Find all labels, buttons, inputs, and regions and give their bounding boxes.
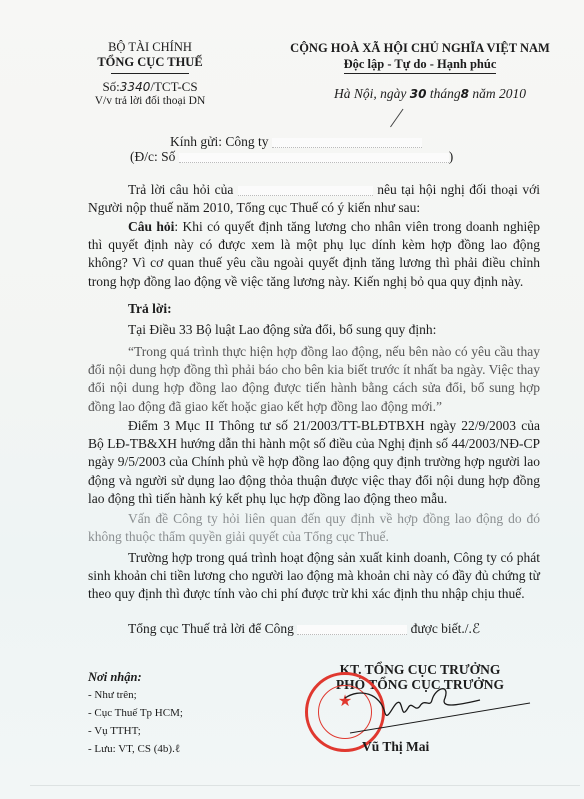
closing-paragraph: Tổng cục Thuế trả lời để Công được biết.…: [88, 620, 540, 638]
national-motto: Độc lập - Tự do - Hạnh phúc: [344, 56, 497, 74]
handwritten-number: 3340: [120, 80, 151, 94]
article-reference: Tại Điều 33 Bộ luật Lao động sửa đổi, bổ…: [88, 321, 540, 339]
handwritten-signature-icon: [340, 678, 540, 738]
jurisdiction-note: Vấn đề Công ty hỏi liên quan đến quy địn…: [88, 510, 540, 546]
document-subject: V/v trả lời đối thoại DN: [70, 95, 230, 108]
department-name: TỔNG CỤC THUẾ: [70, 55, 230, 70]
recipient-item: - Cục Thuế Tp HCM;: [88, 704, 183, 722]
ministry-name: BỘ TÀI CHÍNH: [70, 40, 230, 55]
redacted-company-closing: [297, 625, 407, 635]
date-month-label: tháng: [430, 86, 461, 101]
closing-after: được biết./.: [411, 621, 472, 636]
closing-initial: ℰ: [472, 621, 480, 636]
circular-reference: Điểm 3 Mục II Thông tư số 21/2003/TT-BLĐ…: [88, 417, 540, 508]
date-day: 30: [410, 87, 427, 101]
question-paragraph: Câu hỏi: Khi có quyết định tăng lương ch…: [88, 218, 540, 291]
salutation: Kính gửi: Công ty: [170, 134, 422, 150]
pen-mark-icon: [390, 109, 415, 136]
address-prefix: (Đ/c: Số: [130, 149, 175, 164]
issue-date: Hà Nội, ngày 30 tháng8 năm 2010: [300, 86, 560, 102]
signatory-name: Vũ Thị Mai: [362, 739, 429, 755]
scan-edge-line: [30, 785, 580, 786]
state-name: CỘNG HOÀ XÃ HỘI CHỦ NGHĨA VIỆT NAM: [270, 40, 570, 56]
date-prefix: Hà Nội, ngày: [334, 86, 406, 101]
expense-note: Trường hợp trong quá trình hoạt động sản…: [88, 549, 540, 604]
recipients-list: Nơi nhận: - Như trên; - Cục Thuế Tp HCM;…: [88, 668, 183, 758]
issuing-agency-block: BỘ TÀI CHÍNH TỔNG CỤC THUẾ Số:3340/TCT-C…: [70, 40, 230, 108]
redacted-address: [179, 153, 449, 163]
national-header-block: CỘNG HOÀ XÃ HỘI CHỦ NGHĨA VIỆT NAM Độc l…: [270, 40, 570, 74]
recipients-title: Nơi nhận:: [88, 668, 183, 686]
intro-before: Trả lời câu hỏi của: [128, 182, 233, 197]
date-month: 8: [461, 87, 469, 101]
recipient-address: (Đ/c: Số ): [130, 149, 453, 165]
intro-paragraph: Trả lời câu hỏi của nêu tại hội nghị đối…: [88, 181, 540, 217]
closing-before: Tổng cục Thuế trả lời để Công: [128, 621, 294, 636]
answer-label: Trả lời:: [88, 300, 540, 318]
document-number: Số:3340/TCT-CS: [70, 79, 230, 95]
date-year: năm 2010: [472, 86, 526, 101]
redacted-company-name: [272, 138, 422, 148]
recipient-item: - Lưu: VT, CS (4b).ℓ: [88, 740, 183, 758]
recipient-item: - Vụ TTHT;: [88, 722, 183, 740]
number-suffix: /TCT-CS: [150, 79, 197, 94]
law-quote: “Trong quá trình thực hiện hợp đồng lao …: [88, 343, 540, 416]
header-divider: [111, 73, 189, 74]
question-label: Câu hỏi: [128, 219, 174, 234]
recipient-item: - Như trên;: [88, 686, 183, 704]
scanned-document-page: BỘ TÀI CHÍNH TỔNG CỤC THUẾ Số:3340/TCT-C…: [0, 0, 584, 799]
salutation-text: Kính gửi: Công ty: [170, 134, 268, 149]
address-suffix: ): [449, 149, 454, 164]
redacted-company-ref: [238, 186, 373, 196]
number-prefix: Số:: [102, 79, 119, 94]
